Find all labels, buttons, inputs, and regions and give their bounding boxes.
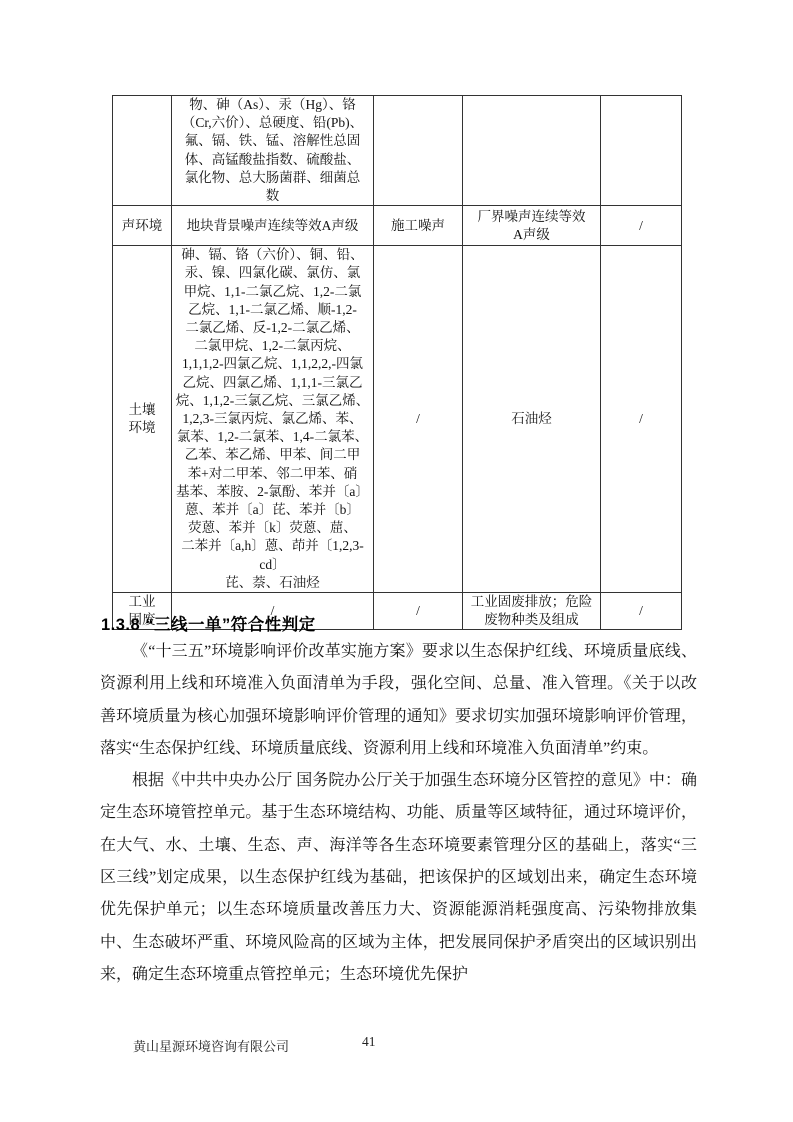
cell-operation-factor: 石油烃 bbox=[463, 246, 601, 593]
cell-construction-factor: / bbox=[374, 593, 463, 630]
cell-remark bbox=[601, 96, 682, 206]
monitoring-factors-table: 物、砷（As）、汞（Hg）、铬 （Cr,六价）、总硬度、铅(Pb)、 氟、镉、铁… bbox=[112, 95, 682, 630]
cell-construction-factor bbox=[374, 96, 463, 206]
cell-construction-factor: 施工噪声 bbox=[374, 206, 463, 246]
cell-category: 声环境 bbox=[113, 206, 172, 246]
cell-site-factor: 地块背景噪声连续等效A声级 bbox=[172, 206, 374, 246]
footer-page-number: 41 bbox=[362, 1034, 376, 1050]
paragraph: 《“十三五”环境影响评价改革实施方案》要求以生态保护红线、环境质量底线、资源利用… bbox=[100, 636, 697, 765]
cell-operation-factor: 厂界噪声连续等效 A声级 bbox=[463, 206, 601, 246]
cell-remark: / bbox=[601, 593, 682, 630]
cell-operation-factor: 工业固废排放；危险 废物种类及组成 bbox=[463, 593, 601, 630]
paragraph: 根据《中共中央办公厅 国务院办公厅关于加强生态环境分区管控的意见》中：确定生态环… bbox=[100, 765, 697, 991]
table-row-noise: 声环境 地块背景噪声连续等效A声级 施工噪声 厂界噪声连续等效 A声级 / bbox=[113, 206, 682, 246]
cell-site-factor: 物、砷（As）、汞（Hg）、铬 （Cr,六价）、总硬度、铅(Pb)、 氟、镉、铁… bbox=[172, 96, 374, 206]
cell-site-factor: 砷、镉、铬（六价）、铜、铅、 汞、镍、四氯化碳、氯仿、氯 甲烷、1,1-二氯乙烷… bbox=[172, 246, 374, 593]
table-row-soil: 土壤 环境 砷、镉、铬（六价）、铜、铅、 汞、镍、四氯化碳、氯仿、氯 甲烷、1,… bbox=[113, 246, 682, 593]
section-body: 《“十三五”环境影响评价改革实施方案》要求以生态保护红线、环境质量底线、资源利用… bbox=[100, 636, 697, 991]
cell-construction-factor: / bbox=[374, 246, 463, 593]
section-heading: 1.3.8 “三线一单”符合性判定 bbox=[101, 611, 316, 635]
document-page: 物、砷（As）、汞（Hg）、铬 （Cr,六价）、总硬度、铅(Pb)、 氟、镉、铁… bbox=[0, 0, 793, 1122]
cell-remark: / bbox=[601, 246, 682, 593]
cell-category: 土壤 环境 bbox=[113, 246, 172, 593]
footer-company-name: 黄山星源环境咨询有限公司 bbox=[133, 1036, 289, 1055]
cell-category bbox=[113, 96, 172, 206]
table-row-water-continued: 物、砷（As）、汞（Hg）、铬 （Cr,六价）、总硬度、铅(Pb)、 氟、镉、铁… bbox=[113, 96, 682, 206]
cell-operation-factor bbox=[463, 96, 601, 206]
cell-remark: / bbox=[601, 206, 682, 246]
